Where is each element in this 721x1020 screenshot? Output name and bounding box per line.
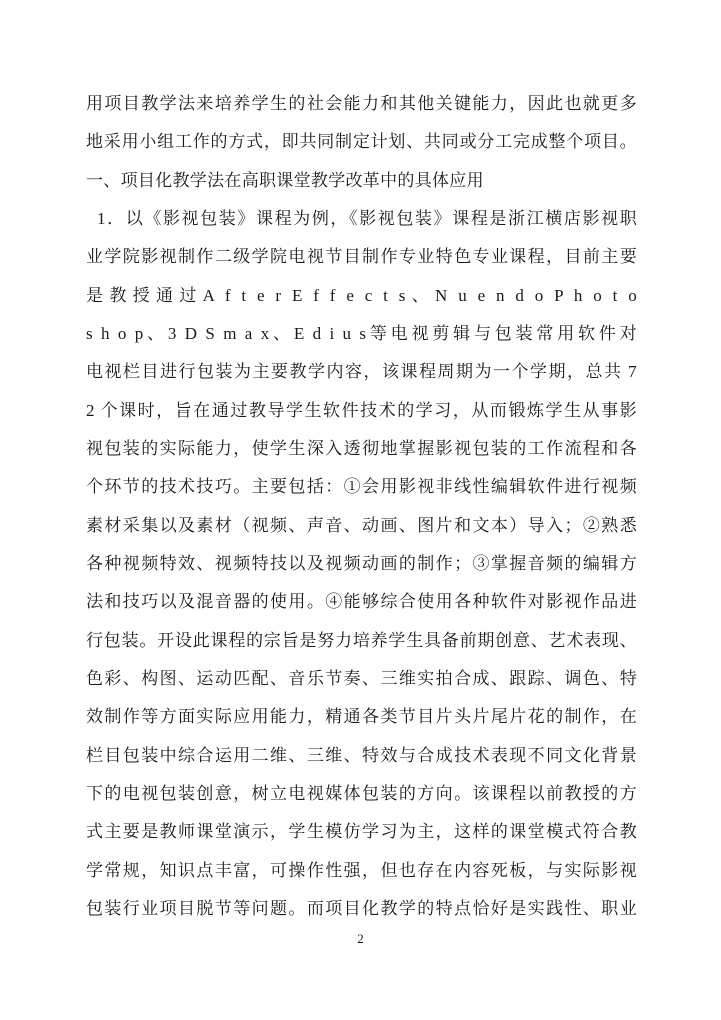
text-line-21: 学常规，知识点丰富，可操作性强，但也存在内容死板，与实际影视 bbox=[86, 852, 637, 890]
text-line-10: 视包装的实际能力，使学生深入透彻地掌握影视包装的工作流程和各 bbox=[86, 430, 637, 468]
text-line-17: 效制作等方面实际应用能力，精通各类节目片头片尾片花的制作，在 bbox=[86, 698, 637, 736]
text-line-14: 法和技巧以及混音器的使用。④能够综合使用各种软件对影视作品进 bbox=[86, 583, 637, 621]
text-line-7: s h o p、3 D S m a x、E d i u s等电视剪辑与包装常用软… bbox=[86, 315, 637, 353]
text-line-19: 下的电视包装创意，树立电视媒体包装的方向。该课程以前教授的方 bbox=[86, 775, 637, 813]
page-body: 用项目教学法来培养学生的社会能力和其他关键能力，因此也就更多地采用小组工作的方式… bbox=[86, 85, 637, 928]
document-page: 用项目教学法来培养学生的社会能力和其他关键能力，因此也就更多地采用小组工作的方式… bbox=[0, 0, 721, 1020]
text-line-8: 电视栏目进行包装为主要教学内容，该课程周期为一个学期，总共 7 bbox=[86, 353, 637, 391]
text-line-20: 式主要是教师课堂演示，学生模仿学习为主，这样的课堂模式符合教 bbox=[86, 813, 637, 851]
text-line-9: 2 个课时，旨在通过教导学生软件技术的学习，从而锻炼学生从事影 bbox=[86, 392, 637, 430]
text-line-22: 包装行业项目脱节等问题。而项目化教学的特点恰好是实践性、职业 bbox=[86, 890, 637, 928]
page-number: 2 bbox=[0, 931, 721, 947]
text-line-15: 行包装。开设此课程的宗旨是努力培养学生具备前期创意、艺术表现、 bbox=[86, 622, 637, 660]
text-line-5: 业学院影视制作二级学院电视节目制作专业特色专业课程，目前主要 bbox=[86, 238, 637, 276]
text-line-13: 各种视频特效、视频特技以及视频动画的制作；③掌握音频的编辑方 bbox=[86, 545, 637, 583]
text-line-12: 素材采集以及素材（视频、声音、动画、图片和文本）导入；②熟悉 bbox=[86, 507, 637, 545]
text-line-4: 1．以《影视包装》课程为例，《影视包装》课程是浙江横店影视职 bbox=[86, 200, 637, 238]
text-line-1: 用项目教学法来培养学生的社会能力和其他关键能力，因此也就更多 bbox=[86, 85, 637, 123]
text-line-18: 栏目包装中综合运用二维、三维、特效与合成技术表现不同文化背景 bbox=[86, 737, 637, 775]
text-line-2: 地采用小组工作的方式，即共同制定计划、共同或分工完成整个项目。 bbox=[86, 123, 637, 161]
text-line-6: 是教授通过A f t e r E f f e c t s、N u e n d o… bbox=[86, 277, 637, 315]
text-line-16: 色彩、构图、运动匹配、音乐节奏、三维实拍合成、跟踪、调色、特 bbox=[86, 660, 637, 698]
text-line-11: 个环节的技术技巧。主要包括：①会用影视非线性编辑软件进行视频 bbox=[86, 468, 637, 506]
text-line-3: 一、项目化教学法在高职课堂教学改革中的具体应用 bbox=[86, 162, 637, 200]
